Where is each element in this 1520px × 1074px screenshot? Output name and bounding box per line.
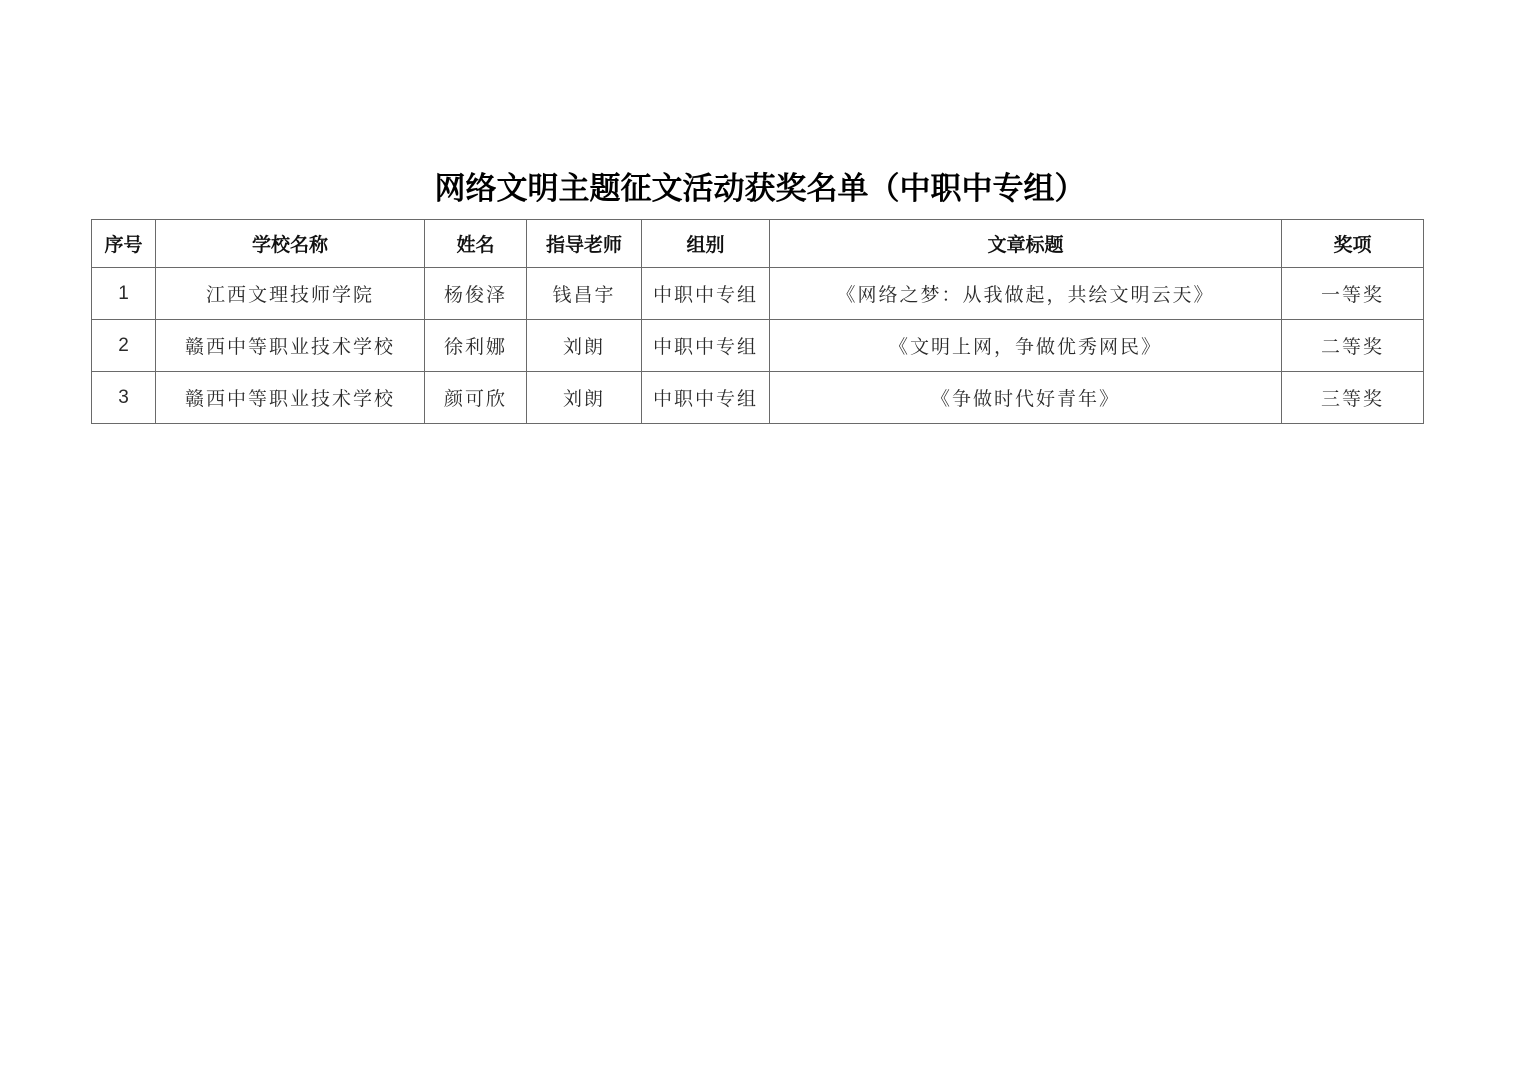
column-header-name: 姓名 [425, 220, 527, 268]
cell-article-title: 《文明上网，争做优秀网民》 [770, 320, 1282, 372]
award-table: 序号 学校名称 姓名 指导老师 组别 文章标题 奖项 1 江西文理技师学院 杨俊… [91, 219, 1424, 424]
cell-name: 杨俊泽 [425, 268, 527, 320]
cell-school: 赣西中等职业技术学校 [156, 320, 425, 372]
cell-school: 赣西中等职业技术学校 [156, 372, 425, 424]
cell-article-title: 《网络之梦：从我做起，共绘文明云天》 [770, 268, 1282, 320]
cell-group: 中职中专组 [642, 320, 770, 372]
table-row: 1 江西文理技师学院 杨俊泽 钱昌宇 中职中专组 《网络之梦：从我做起，共绘文明… [92, 268, 1424, 320]
cell-award: 一等奖 [1282, 268, 1424, 320]
cell-article-title: 《争做时代好青年》 [770, 372, 1282, 424]
table-row: 3 赣西中等职业技术学校 颜可欣 刘朗 中职中专组 《争做时代好青年》 三等奖 [92, 372, 1424, 424]
cell-index: 1 [92, 268, 156, 320]
cell-award: 二等奖 [1282, 320, 1424, 372]
column-header-index: 序号 [92, 220, 156, 268]
column-header-award: 奖项 [1282, 220, 1424, 268]
column-header-advisor: 指导老师 [527, 220, 642, 268]
cell-advisor: 刘朗 [527, 372, 642, 424]
cell-award: 三等奖 [1282, 372, 1424, 424]
cell-group: 中职中专组 [642, 372, 770, 424]
cell-group: 中职中专组 [642, 268, 770, 320]
cell-school: 江西文理技师学院 [156, 268, 425, 320]
column-header-school: 学校名称 [156, 220, 425, 268]
cell-advisor: 钱昌宇 [527, 268, 642, 320]
column-header-group: 组别 [642, 220, 770, 268]
cell-name: 徐利娜 [425, 320, 527, 372]
cell-index: 2 [92, 320, 156, 372]
column-header-article-title: 文章标题 [770, 220, 1282, 268]
cell-name: 颜可欣 [425, 372, 527, 424]
table-header-row: 序号 学校名称 姓名 指导老师 组别 文章标题 奖项 [92, 220, 1424, 268]
cell-advisor: 刘朗 [527, 320, 642, 372]
page-title: 网络文明主题征文活动获奖名单（中职中专组） [0, 166, 1520, 212]
cell-index: 3 [92, 372, 156, 424]
table-row: 2 赣西中等职业技术学校 徐利娜 刘朗 中职中专组 《文明上网，争做优秀网民》 … [92, 320, 1424, 372]
